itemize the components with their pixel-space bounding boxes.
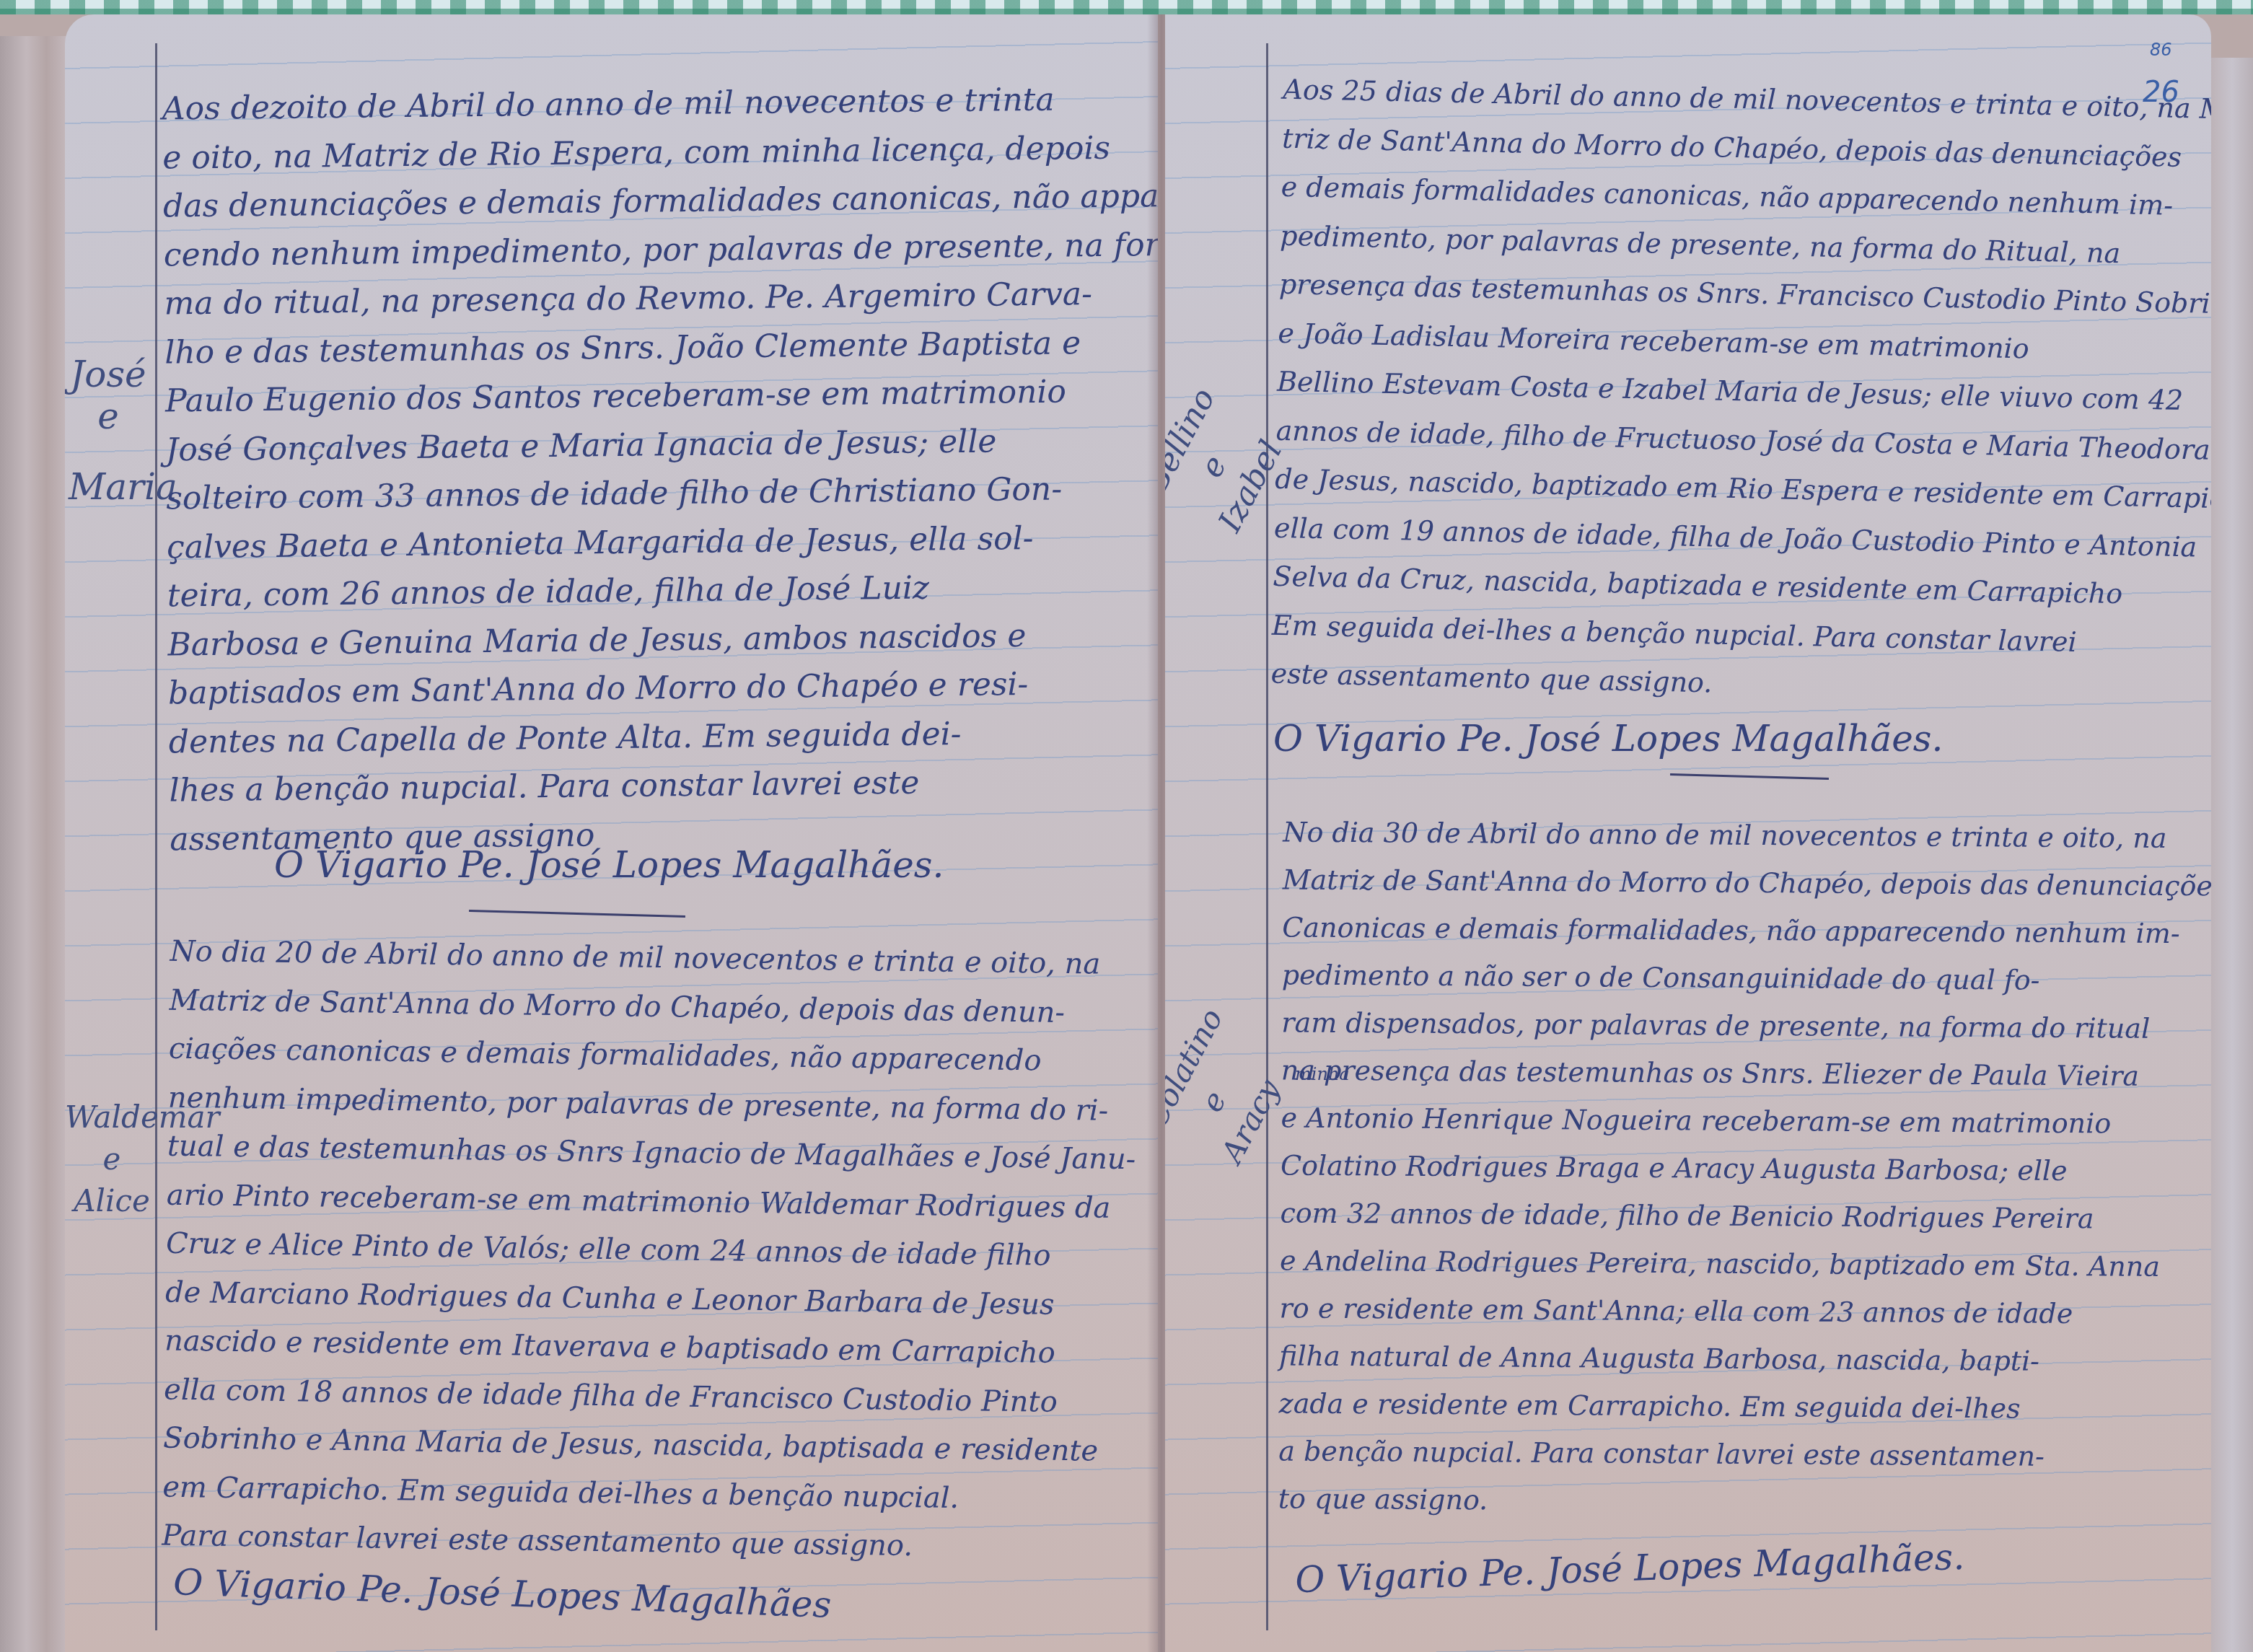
right-margin-rule [1266,43,1268,1630]
entry-line: a benção nupcial. Para constar lavrei es… [1278,1427,2211,1481]
entry-separator [1670,773,1829,780]
entry-line: ram dispensados, por palavras de present… [1281,998,2211,1053]
left-margin-rule [155,43,157,1630]
left-page: José e Maria Aos dezoito de Abril do ann… [65,14,1158,1652]
entry-line: filha natural de Anna Augusta Barbosa, n… [1279,1332,2211,1386]
margin-bride: Alice [65,1180,159,1222]
interlinear-insertion: minha [1295,1064,1350,1084]
margin-bride: Maria [69,466,148,508]
entry-line: e Andelina Rodrigues Pereira, nascido, b… [1280,1236,2211,1291]
right-page: 86 26 Bellino e Izabel Aos 25 dias de Ab… [1165,14,2211,1652]
entry-line: e Antonio Henrique Nogueira receberam-se… [1281,1094,2211,1148]
vicar-signature: O Vigario Pe. José Lopes Magalhães. [1294,1536,1965,1601]
entry-line: to que assigno. [1278,1475,2211,1529]
entry-line: na presença das testemunhas os Snrs. Eli… [1281,1046,2211,1100]
margin-groom: José [69,353,148,395]
marriage-entry-colatino-aracy: No dia 30 de Abril do anno de mil novece… [1278,808,2211,1529]
margin-and: e [65,1138,159,1180]
marriage-entry-bellino-izabel: Aos 25 dias de Abril do anno de mil nove… [1270,66,2211,719]
entry-line: com 32 annos de idade, filho de Benicio … [1280,1189,2211,1243]
corner-mark: 86 [2150,40,2172,60]
vicar-signature: O Vigario Pe. José Lopes Magalhães [172,1561,832,1626]
entry-line: No dia 30 de Abril do anno de mil novece… [1283,808,2211,862]
entry-line: Paulo Eugenio dos Santos receberam-se em… [165,366,1158,426]
entry-line: baptisados em Sant'Anna do Morro do Chap… [168,658,1158,718]
margin-note-waldemar-alice: Waldemar e Alice [65,1097,159,1222]
vicar-signature: O Vigario Pe. José Lopes Magalhães. [274,844,944,886]
open-register-book: José e Maria Aos dezoito de Abril do ann… [0,14,2253,1652]
left-page-stack-edge [0,36,66,1652]
margin-and: e [69,395,148,437]
marriage-entry-waldemar-alice: No dia 20 de Abril do anno de mil novece… [162,928,1138,1574]
margin-note-colatino-aracy: Colatino e Aracy [1165,1029,1292,1174]
entry-separator [469,910,685,918]
marriage-entry-jose-maria: Aos dezoito de Abril do anno de mil nove… [162,74,1158,864]
vicar-signature: O Vigario Pe. José Lopes Magalhães. [1273,718,1943,760]
entry-line: zada e residente em Carrapicho. Em segui… [1278,1379,2211,1433]
margin-groom: Waldemar [65,1097,159,1138]
right-page-stack-edge [2211,58,2253,1652]
margin-note-jose-maria: José e Maria [69,353,148,508]
entry-line: pedimento a não ser o de Consanguinidade… [1282,951,2211,1005]
entry-line: ro e residente em Sant'Anna; ella com 23… [1279,1284,2211,1338]
entry-line: Canonicas e demais formalidades, não app… [1282,903,2211,957]
entry-line: Matriz de Sant'Anna do Morro do Chapéo, … [1283,856,2211,910]
entry-line: Colatino Rodrigues Braga e Aracy Augusta… [1281,1141,2211,1195]
margin-note-bellino-izabel: Bellino e Izabel [1165,395,1292,540]
